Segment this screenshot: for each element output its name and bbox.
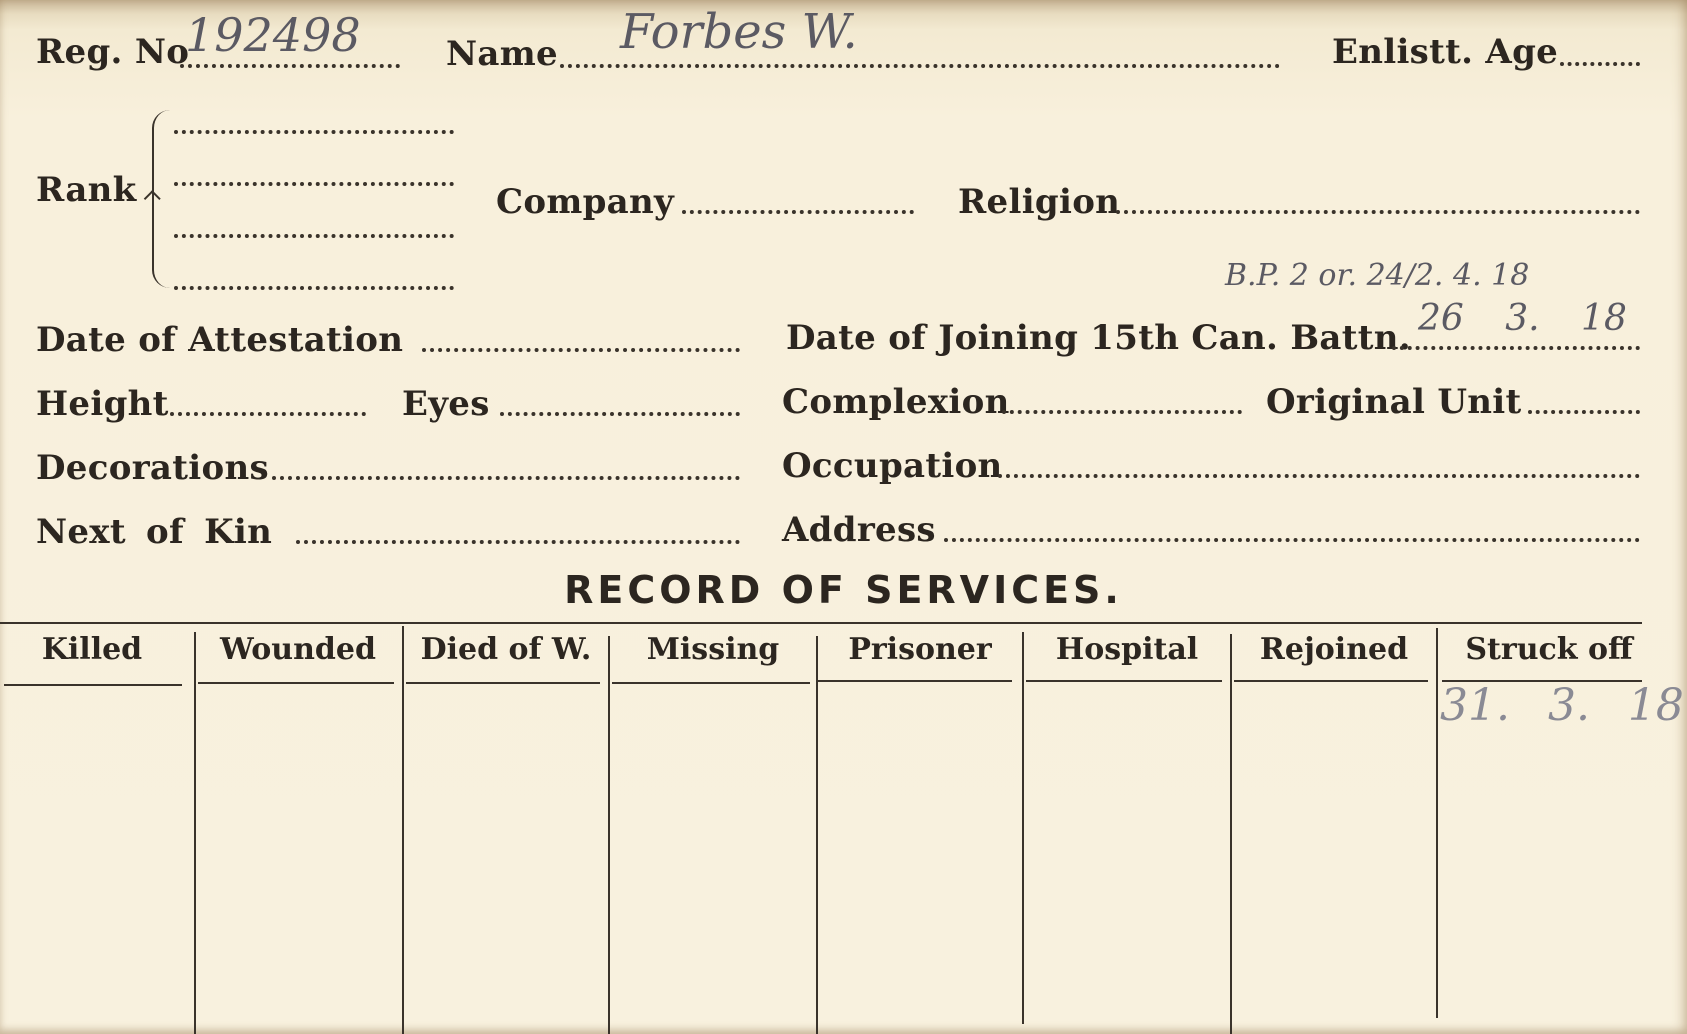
rank-brace bbox=[152, 110, 176, 288]
annotation-bp: B.P. 2 or. 24/2. 4. 18 bbox=[1225, 258, 1529, 293]
col-header-prisoner: Prisoner bbox=[818, 632, 1022, 672]
struck-off-value[interactable]: 31. 3. 18 bbox=[1440, 680, 1684, 731]
header-underline bbox=[198, 682, 394, 684]
next-of-kin-label: Next of Kin bbox=[36, 512, 272, 552]
rank-line-2[interactable] bbox=[174, 182, 454, 186]
cell-missing[interactable] bbox=[610, 690, 816, 1020]
decorations-line[interactable] bbox=[272, 476, 740, 480]
decorations-label: Decorations bbox=[36, 448, 269, 488]
header-underline bbox=[4, 684, 182, 686]
address-label: Address bbox=[782, 510, 936, 550]
attestation-line[interactable] bbox=[422, 348, 740, 352]
complexion-line[interactable] bbox=[1002, 410, 1242, 414]
joining-value[interactable]: 26 3. 18 bbox=[1418, 298, 1627, 339]
rank-line-1[interactable] bbox=[174, 130, 454, 134]
attestation-label: Date of Attestation bbox=[36, 320, 403, 360]
col-header-struck-off: Struck off bbox=[1438, 632, 1660, 672]
header-underline bbox=[406, 682, 600, 684]
cell-wounded[interactable] bbox=[196, 690, 400, 1020]
complexion-label: Complexion bbox=[782, 382, 1010, 422]
religion-line[interactable] bbox=[1116, 210, 1640, 214]
company-line[interactable] bbox=[682, 210, 914, 214]
address-line[interactable] bbox=[944, 538, 1640, 542]
religion-label: Religion bbox=[958, 182, 1120, 222]
name-line bbox=[560, 64, 1280, 68]
header-underline bbox=[612, 682, 810, 684]
reg-no-value[interactable]: 192498 bbox=[185, 8, 361, 62]
cell-killed[interactable] bbox=[0, 690, 192, 1020]
enlist-age-label: Enlistt. Age bbox=[1332, 32, 1558, 72]
eyes-label: Eyes bbox=[402, 384, 490, 424]
col-header-killed: Killed bbox=[0, 632, 184, 672]
height-label: Height bbox=[36, 384, 169, 424]
eyes-line[interactable] bbox=[500, 412, 740, 416]
col-header-rejoined: Rejoined bbox=[1232, 632, 1436, 672]
service-record-card: Reg. No 192498 Name Forbes W. Enlistt. A… bbox=[0, 0, 1687, 1034]
col-header-hospital: Hospital bbox=[1024, 632, 1230, 672]
rank-label: Rank bbox=[36, 170, 137, 210]
cell-hospital[interactable] bbox=[1024, 690, 1230, 1020]
cell-prisoner[interactable] bbox=[818, 690, 1022, 1020]
table-top-rule bbox=[0, 622, 1642, 624]
joining-line bbox=[1392, 346, 1640, 350]
col-header-died-of-wounds: Died of W. bbox=[404, 632, 608, 672]
original-unit-label: Original Unit bbox=[1266, 382, 1522, 422]
reg-no-line bbox=[180, 64, 400, 68]
company-label: Company bbox=[496, 182, 674, 222]
rank-line-4[interactable] bbox=[174, 286, 454, 290]
cell-died-of-wounds[interactable] bbox=[404, 690, 608, 1020]
height-line[interactable] bbox=[170, 412, 366, 416]
header-underline bbox=[818, 680, 1012, 682]
name-value[interactable]: Forbes W. bbox=[620, 4, 858, 60]
enlist-age-line[interactable] bbox=[1560, 62, 1640, 66]
joining-label: Date of Joining 15th Can. Battn. bbox=[786, 318, 1411, 358]
reg-no-label: Reg. No bbox=[36, 32, 189, 72]
rank-line-3[interactable] bbox=[174, 234, 454, 238]
occupation-line[interactable] bbox=[998, 474, 1640, 478]
col-header-wounded: Wounded bbox=[196, 632, 400, 672]
next-of-kin-line[interactable] bbox=[296, 540, 740, 544]
col-header-missing: Missing bbox=[610, 632, 816, 672]
original-unit-line[interactable] bbox=[1528, 410, 1640, 414]
cell-rejoined[interactable] bbox=[1232, 690, 1436, 1020]
header-underline bbox=[1234, 680, 1428, 682]
record-of-services-title: RECORD OF SERVICES. bbox=[0, 568, 1687, 612]
name-label: Name bbox=[446, 34, 558, 74]
occupation-label: Occupation bbox=[782, 446, 1003, 486]
header-underline bbox=[1026, 680, 1222, 682]
col-divider-7 bbox=[1436, 628, 1438, 1018]
